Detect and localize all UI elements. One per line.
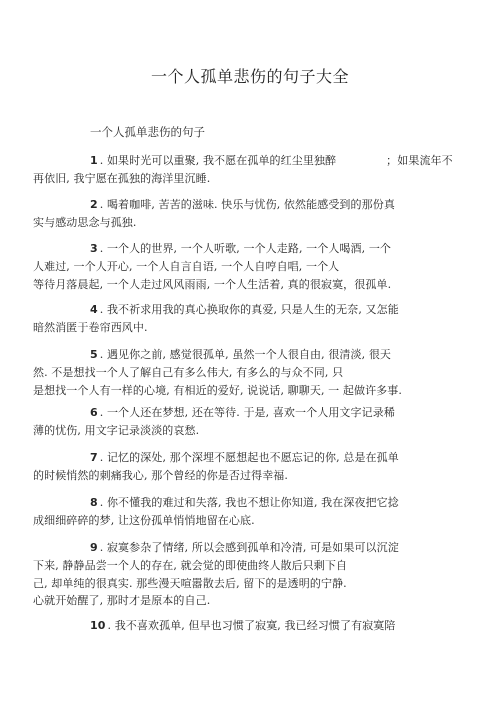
paragraph-7-line-1: 7. 记忆的深处, 那个深埋不愿想起也不愿忘记的你, 总是在孤单	[90, 449, 399, 465]
paragraph-2-line-1: 2. 喝着咖啡, 苦苦的滋味. 快乐与忧伤, 依然能感受到的那份真	[90, 196, 395, 212]
paragraph-2-line-2: 实与感动思念与孤独.	[33, 214, 137, 230]
paragraph-5-line-2: 然. 不是想找一个人了解自己有多么伟大, 有多么的与众不同, 只	[33, 364, 343, 380]
item-number: 4	[90, 303, 98, 316]
paragraph-8-line-1: 8. 你不懂我的难过和失落, 我也不想让你知道, 我在深夜把它捻	[90, 494, 399, 510]
paragraph-7-line-2: 的时候悄然的刺痛我心, 那个曾经的你是否过得幸福.	[33, 467, 288, 483]
paragraph-5-line-3: 是想找一个人有一样的心境, 有相近的爱好, 说说话, 聊聊天, 一 起做许多事.	[33, 382, 402, 398]
section-heading: 一个人孤单悲伤的句子	[90, 124, 205, 140]
paragraph-8-line-2: 成细细碎碎的梦, 让这份孤单悄悄地留在心底.	[33, 512, 255, 528]
paragraph-4-line-2: 暗然消匿于卷帘西风中.	[33, 319, 148, 335]
item-number: 3	[90, 242, 98, 255]
paragraph-6-line-2: 薄的忧伤, 用文字记录淡淡的哀愁.	[33, 422, 199, 438]
paragraph-1-line-1: 1. 如果时光可以重聚, 我不愿在孤单的红尘里独醉；如果流年不	[90, 152, 453, 168]
item-number: 5	[90, 348, 98, 361]
document-title: 一个人孤单悲伤的句子大全	[0, 64, 500, 87]
paragraph-9-line-4: 心就开始醒了, 那时才是原本的自己.	[33, 592, 210, 608]
paragraph-6-line-1: 6. 一个人还在梦想, 还在等待. 于是, 喜欢一个人用文字记录稀	[90, 404, 395, 420]
paragraph-3-line-2: 人难过, 一个人开心, 一个人自言自语, 一个人自哼自唱, 一个人	[33, 258, 339, 274]
item-number: 6	[90, 406, 98, 419]
paragraph-3-line-3: 等待月落晨起, 一个人走过风风雨雨, 一个人生活着, 真的很寂寞，很孤单.	[33, 276, 391, 292]
paragraph-9-line-2: 下来, 静静品尝一个人的存在, 就会觉的即使曲终人散后只剩下自	[33, 557, 347, 573]
paragraph-4-line-1: 4. 我不祈求用我的真心换取你的真爱, 只是人生的无奈, 又怎能	[90, 301, 399, 317]
paragraph-1-line-2: 再依旧, 我宁愿在孤独的海洋里沉睡.	[33, 170, 210, 186]
item-number: 7	[90, 451, 98, 464]
paragraph-10-line-1: 10. 我不喜欢孤单, 但早也习惯了寂寞, 我已经习惯了有寂寞陪	[90, 617, 396, 633]
paragraph-5-line-1: 5. 遇见你之前, 感觉很孤单, 虽然一个人很自由, 很清淡, 很天	[90, 346, 391, 362]
paragraph-9-line-3: 己, 却单纯的很真实. 那些漫天喧嚣散去后, 留下的是透明的宁静.	[33, 575, 347, 591]
item-number: 2	[90, 198, 98, 211]
item-number: 1	[90, 154, 98, 167]
item-number: 9	[90, 541, 98, 554]
item-number: 8	[90, 496, 98, 509]
item-number: 10	[90, 619, 106, 632]
paragraph-9-line-1: 9. 寂寞参杂了情绪, 所以会感到孤单和冷清, 可是如果可以沉淀	[90, 539, 399, 555]
paragraph-3-line-1: 3. 一个人的世界, 一个人听歌, 一个人走路, 一个人喝酒, 一个	[90, 240, 391, 256]
document-page: 一个人孤单悲伤的句子大全 一个人孤单悲伤的句子 1. 如果时光可以重聚, 我不愿…	[0, 0, 500, 708]
